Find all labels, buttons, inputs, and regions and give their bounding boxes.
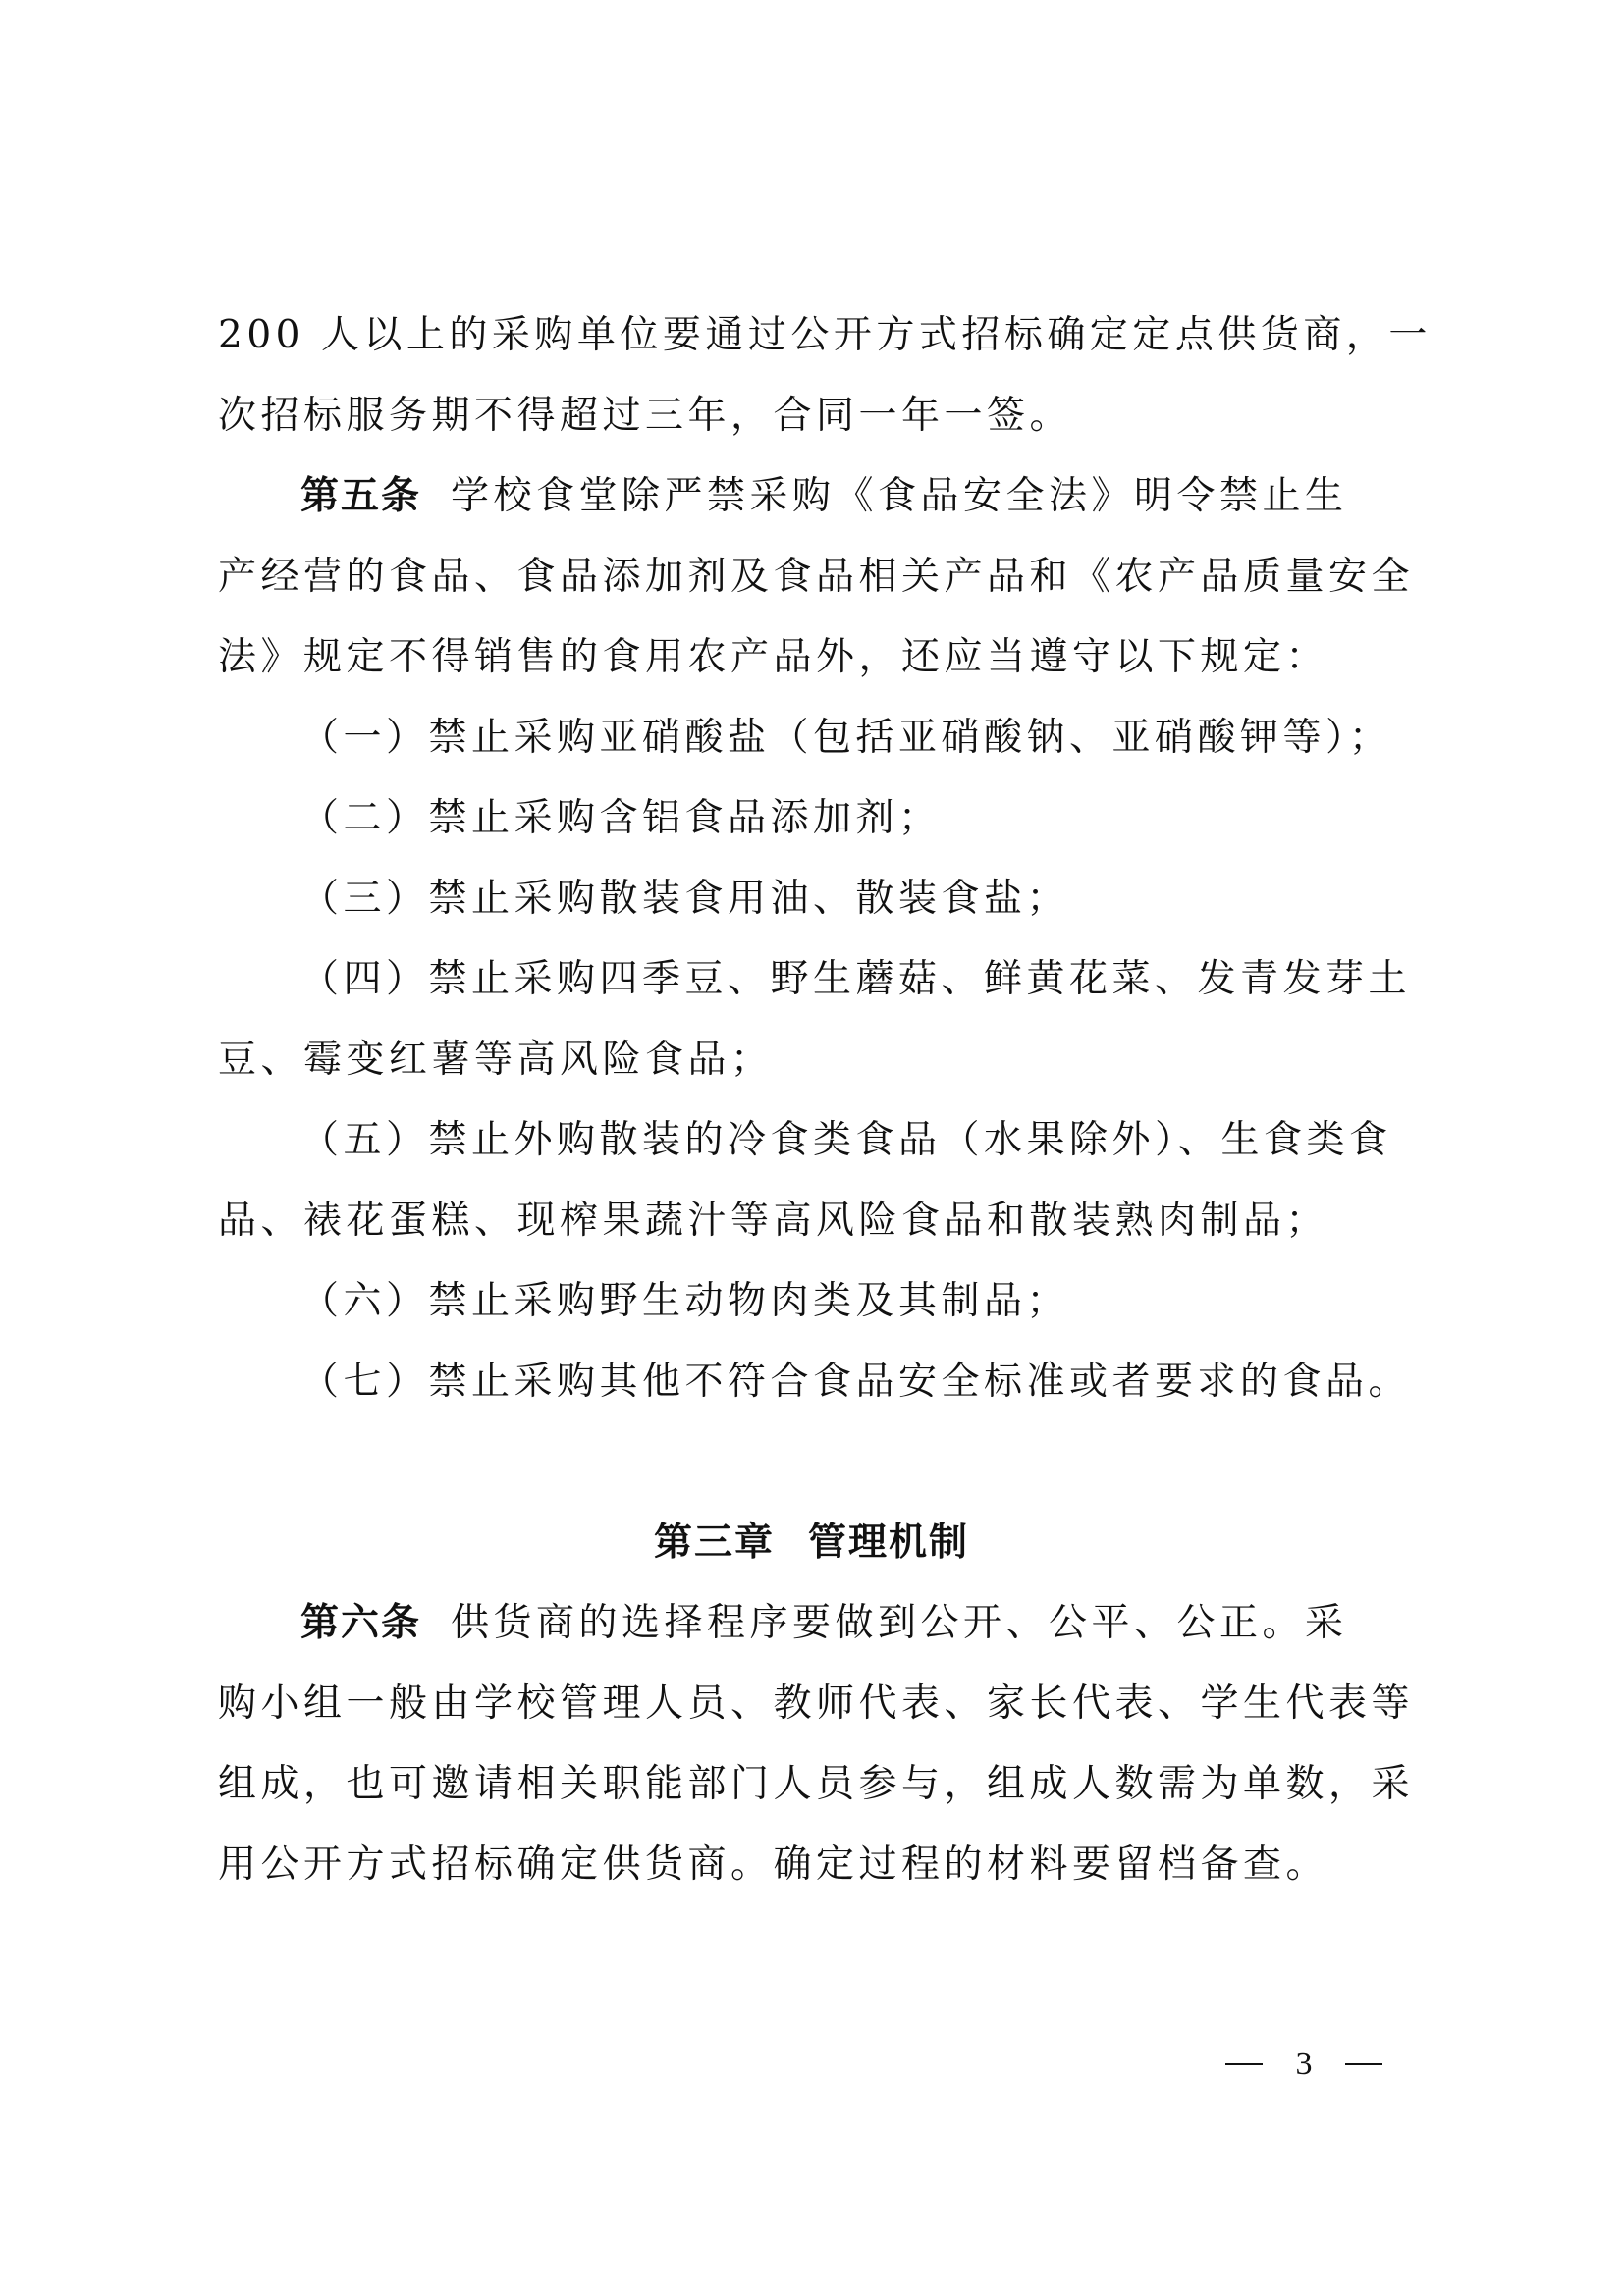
list-item-2: （二）禁止采购含铝食品添加剂； [300, 789, 1432, 848]
page-number: 3 [1225, 2040, 1382, 2089]
list-item-7: （七）禁止采购其他不符合食品安全标准或者要求的食品。 [300, 1353, 1432, 1412]
chapter-heading: 第三章管理机制 [0, 1514, 1623, 1573]
article-5-first-line: 第五条学校食堂除严禁采购《食品安全法》明令禁止生 [300, 467, 1432, 526]
article-6-text: 供货商的选择程序要做到公开、公平、公正。采 [451, 1601, 1348, 1645]
chapter-number: 第三章 [654, 1521, 775, 1565]
dash-right [1345, 2063, 1382, 2065]
list-item-3: （三）禁止采购散装食用油、散装食盐； [300, 870, 1432, 929]
document-page: 200 人以上的采购单位要通过公开方式招标确定定点供货商，一 次招标服务期不得超… [0, 0, 1623, 2296]
dash-left [1225, 2063, 1263, 2065]
list-item-4-continued: 豆、霉变红薯等高风险食品； [218, 1031, 1432, 1090]
paragraph-line: 产经营的食品、食品添加剂及食品相关产品和《农产品质量安全 [218, 548, 1432, 607]
list-item-6: （六）禁止采购野生动物肉类及其制品； [300, 1272, 1432, 1331]
list-item-5-continued: 品、裱花蛋糕、现榨果蔬汁等高风险食品和散装熟肉制品； [218, 1192, 1432, 1251]
article-6-first-line: 第六条供货商的选择程序要做到公开、公平、公正。采 [300, 1594, 1432, 1653]
list-item-5: （五）禁止外购散装的冷食类食品（水果除外）、生食类食 [300, 1111, 1432, 1170]
article-6-label: 第六条 [300, 1601, 421, 1645]
paragraph-line: 组成，也可邀请相关职能部门人员参与，组成人数需为单数，采 [218, 1755, 1432, 1814]
list-item-1: （一）禁止采购亚硝酸盐（包括亚硝酸钠、亚硝酸钾等）； [300, 709, 1432, 768]
article-5-label: 第五条 [300, 474, 421, 518]
page-number-value: 3 [1296, 2040, 1313, 2089]
list-item-4: （四）禁止采购四季豆、野生蘑菇、鲜黄花菜、发青发芽土 [300, 950, 1432, 1009]
paragraph-line: 购小组一般由学校管理人员、教师代表、家长代表、学生代表等 [218, 1675, 1432, 1734]
paragraph-line: 次招标服务期不得超过三年，合同一年一签。 [218, 387, 1432, 446]
paragraph-line: 法》规定不得销售的食用农产品外，还应当遵守以下规定： [218, 628, 1432, 687]
paragraph-line: 200 人以上的采购单位要通过公开方式招标确定定点供货商，一 [218, 306, 1432, 365]
chapter-title: 管理机制 [808, 1521, 969, 1565]
paragraph-line: 用公开方式招标确定供货商。确定过程的材料要留档备查。 [218, 1836, 1432, 1895]
article-5-text: 学校食堂除严禁采购《食品安全法》明令禁止生 [451, 474, 1348, 518]
